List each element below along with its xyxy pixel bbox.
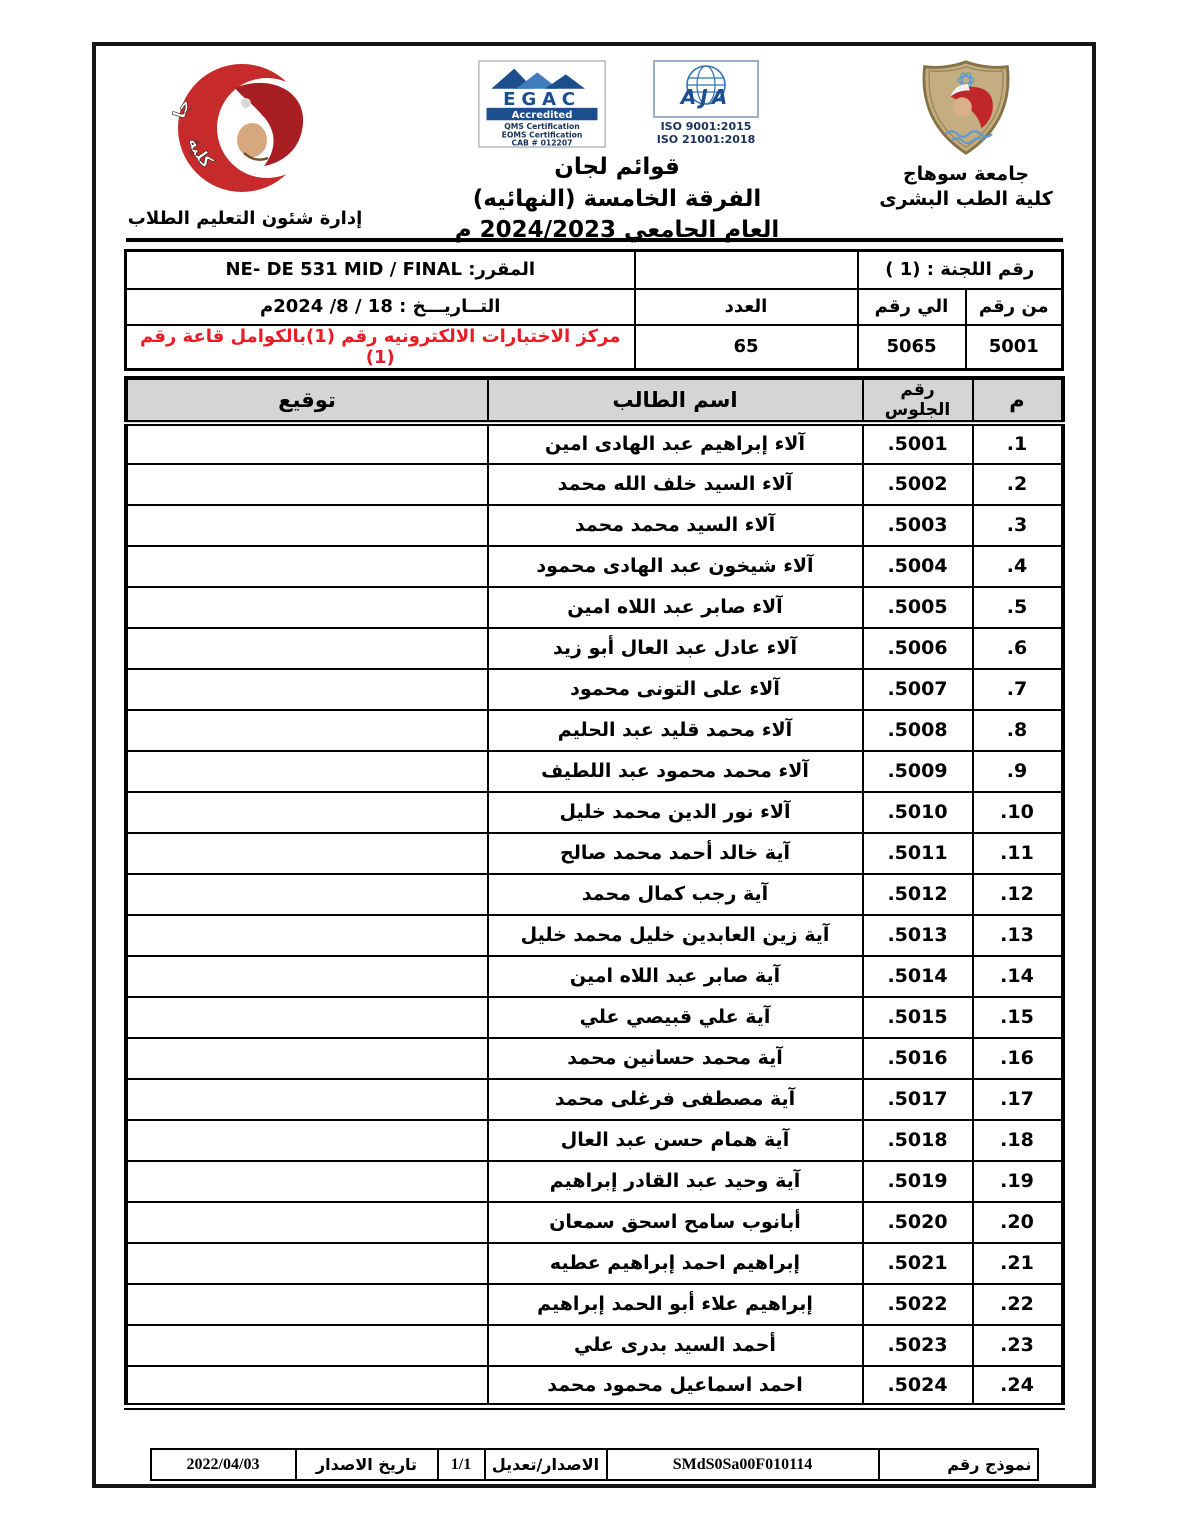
table-row: .1.5001آلاء إبراهيم عبد الهادى امين: [126, 423, 1063, 464]
student-name-cell: احمد اسماعيل محمود محمد: [488, 1366, 863, 1407]
seat-number-cell: .5024: [863, 1366, 973, 1407]
student-name-cell: آلاء صابر عبد اللاه امين: [488, 587, 863, 628]
student-name-cell: آلاء إبراهيم عبد الهادى امين: [488, 423, 863, 464]
student-name-cell: آلاء نور الدين محمد خليل: [488, 792, 863, 833]
signature-cell: [126, 1202, 488, 1243]
list-header-row: م رقم الجلوس اسم الطالب توقيع: [126, 378, 1063, 423]
row-index-cell: .14: [973, 956, 1063, 997]
seat-number-cell: .5021: [863, 1243, 973, 1284]
seat-number-cell: .5013: [863, 915, 973, 956]
student-name-cell: إبراهيم علاء أبو الحمد إبراهيم: [488, 1284, 863, 1325]
table-row: .14.5014آية صابر عبد اللاه امين: [126, 956, 1063, 997]
accreditation-logos: EGAC Accredited QMS Certification EOMS C…: [394, 60, 840, 148]
row-index-cell: .9: [973, 751, 1063, 792]
signature-cell: [126, 628, 488, 669]
row-index-cell: .24: [973, 1366, 1063, 1407]
document-titles: قوائم لجان الفرقة الخامسة (النهائيه) الع…: [394, 152, 840, 247]
student-name-cell: آية زين العابدين خليل محمد خليل: [488, 915, 863, 956]
row-index-cell: .4: [973, 546, 1063, 587]
table-row: .21.5021إبراهيم احمد إبراهيم عطيه: [126, 1243, 1063, 1284]
seat-number-cell: .5012: [863, 874, 973, 915]
row-index-cell: .2: [973, 464, 1063, 505]
document-page: جامعة سوهاج كلية الطب البشرى EGAC Accred…: [92, 42, 1096, 1488]
form-footer-table: نموذج رقم SMdS0Sa00F010114 الاصدار/تعديل…: [150, 1448, 1039, 1481]
committee-number-cell: رقم اللجنة : (1 ): [858, 251, 1063, 289]
seat-number-cell: .5017: [863, 1079, 973, 1120]
revision-value: 1/1: [438, 1449, 485, 1480]
signature-cell: [126, 587, 488, 628]
row-index-cell: .23: [973, 1325, 1063, 1366]
student-name-cell: أحمد السيد بدرى علي: [488, 1325, 863, 1366]
revision-label: الاصدار/تعديل: [485, 1449, 607, 1480]
signature-cell: [126, 546, 488, 587]
university-name: جامعة سوهاج: [840, 162, 1092, 187]
row-index-cell: .6: [973, 628, 1063, 669]
signature-cell: [126, 1120, 488, 1161]
aja-iso-line-1: ISO 9001:2015: [661, 120, 752, 133]
signature-cell: [126, 1284, 488, 1325]
seat-number-cell: .5002: [863, 464, 973, 505]
seat-number-cell: .5014: [863, 956, 973, 997]
department-name: إدارة شئون التعليم الطلاب: [96, 208, 394, 229]
title-block: EGAC Accredited QMS Certification EOMS C…: [394, 58, 840, 247]
egac-accredited-icon: EGAC Accredited QMS Certification EOMS C…: [475, 60, 609, 148]
page-header: جامعة سوهاج كلية الطب البشرى EGAC Accred…: [96, 46, 1092, 238]
table-row: .10.5010آلاء نور الدين محمد خليل: [126, 792, 1063, 833]
student-name-cell: آية خالد أحمد محمد صالح: [488, 833, 863, 874]
student-name-cell: آلاء محمد قليد عبد الحليم: [488, 710, 863, 751]
seat-number-cell: .5010: [863, 792, 973, 833]
table-row: .9.5009آلاء محمد محمود عبد اللطيف: [126, 751, 1063, 792]
row-index-cell: .20: [973, 1202, 1063, 1243]
student-name-cell: آية همام حسن عبد العال: [488, 1120, 863, 1161]
row-index-cell: .3: [973, 505, 1063, 546]
seat-number-cell: .5009: [863, 751, 973, 792]
row-index-cell: .7: [973, 669, 1063, 710]
table-row: .17.5017آية مصطفى فرغلى محمد: [126, 1079, 1063, 1120]
signature-cell: [126, 464, 488, 505]
seat-number-cell: .5018: [863, 1120, 973, 1161]
title-line-1: قوائم لجان: [394, 152, 840, 184]
table-row: .8.5008آلاء محمد قليد عبد الحليم: [126, 710, 1063, 751]
row-index-cell: .11: [973, 833, 1063, 874]
to-number-label: الي رقم: [858, 289, 966, 325]
seat-number-cell: .5005: [863, 587, 973, 628]
count-label: العدد: [635, 289, 858, 325]
table-row: .18.5018آية همام حسن عبد العال: [126, 1120, 1063, 1161]
exam-date-cell: التــاريـــخ : 18 / 8/ 2024م: [126, 289, 635, 325]
signature-cell: [126, 1161, 488, 1202]
student-name-cell: آية صابر عبد اللاه امين: [488, 956, 863, 997]
table-row: .23.5023أحمد السيد بدرى علي: [126, 1325, 1063, 1366]
student-name-cell: آلاء على التونى محمود: [488, 669, 863, 710]
signature-cell: [126, 751, 488, 792]
count-value: 65: [635, 325, 858, 370]
row-index-cell: .10: [973, 792, 1063, 833]
table-row: .5.5005آلاء صابر عبد اللاه امين: [126, 587, 1063, 628]
table-row: .24.5024احمد اسماعيل محمود محمد: [126, 1366, 1063, 1407]
row-index-cell: .17: [973, 1079, 1063, 1120]
student-name-cell: آية مصطفى فرغلى محمد: [488, 1079, 863, 1120]
to-number-value: 5065: [858, 325, 966, 370]
university-emblem-block: جامعة سوهاج كلية الطب البشرى: [840, 58, 1092, 212]
signature-cell: [126, 874, 488, 915]
seat-number-cell: .5008: [863, 710, 973, 751]
exam-location-note: مركز الاختبارات الالكترونيه رقم (1)بالكو…: [126, 325, 635, 370]
issue-date-label: تاريخ الاصدار: [296, 1449, 438, 1480]
row-index-cell: .1: [973, 423, 1063, 464]
seat-number-cell: .5023: [863, 1325, 973, 1366]
course-cell: المقرر: NE- DE 531 MID / FINAL: [126, 251, 635, 289]
egac-wordmark: EGAC: [503, 89, 581, 110]
signature-cell: [126, 1079, 488, 1120]
signature-cell: [126, 423, 488, 464]
form-code-value: SMdS0Sa00F010114: [607, 1449, 879, 1480]
table-row: .4.5004آلاء شيخون عبد الهادى محمود: [126, 546, 1063, 587]
student-name-cell: أبانوب سامح اسحق سمعان: [488, 1202, 863, 1243]
student-name-cell: آلاء السيد خلف الله محمد: [488, 464, 863, 505]
egac-cert-line-1: QMS Certification: [504, 122, 579, 131]
table-row: .6.5006آلاء عادل عبد العال أبو زيد: [126, 628, 1063, 669]
student-name-cell: آية وحيد عبد القادر إبراهيم: [488, 1161, 863, 1202]
signature-cell: [126, 792, 488, 833]
seat-number-cell: .5015: [863, 997, 973, 1038]
seat-number-cell: .5007: [863, 669, 973, 710]
row-index-cell: .16: [973, 1038, 1063, 1079]
table-row: .11.5011آية خالد أحمد محمد صالح: [126, 833, 1063, 874]
row-index-cell: .19: [973, 1161, 1063, 1202]
committee-info-table: رقم اللجنة : (1 ) المقرر: NE- DE 531 MID…: [124, 249, 1064, 371]
seat-number-cell: .5011: [863, 833, 973, 874]
signature-cell: [126, 915, 488, 956]
from-number-value: 5001: [966, 325, 1063, 370]
signature-cell: [126, 710, 488, 751]
row-index-cell: .13: [973, 915, 1063, 956]
aja-iso-line-2: ISO 21001:2018: [657, 133, 755, 146]
index-column-header: م: [973, 378, 1063, 423]
empty-cell: [635, 251, 858, 289]
table-row: .20.5020أبانوب سامح اسحق سمعان: [126, 1202, 1063, 1243]
faculty-name: كلية الطب البشرى: [840, 187, 1092, 212]
egac-accredited-label: Accredited: [512, 110, 573, 121]
student-list-table: م رقم الجلوس اسم الطالب توقيع .1.5001آلا…: [124, 376, 1065, 1411]
signature-cell: [126, 1325, 488, 1366]
student-name-cell: آلاء عادل عبد العال أبو زيد: [488, 628, 863, 669]
crescent-top-text: جامعة سوهاج: [147, 58, 196, 121]
student-name-cell: آلاء السيد محمد محمد: [488, 505, 863, 546]
seat-number-cell: .5022: [863, 1284, 973, 1325]
crescent-logo-block: جامعة سوهاج كلية الطب إدارة شئون التعليم…: [96, 58, 394, 229]
seat-number-cell: .5006: [863, 628, 973, 669]
student-name-cell: آلاء شيخون عبد الهادى محمود: [488, 546, 863, 587]
table-row: .15.5015آية علي قبيصي علي: [126, 997, 1063, 1038]
table-row: .7.5007آلاء على التونى محمود: [126, 669, 1063, 710]
row-index-cell: .22: [973, 1284, 1063, 1325]
aja-iso-icon: AJA ISO 9001:2015 ISO 21001:2018: [653, 60, 759, 146]
seat-number-cell: .5001: [863, 423, 973, 464]
egac-cert-line-3: CAB # 012207: [512, 139, 573, 148]
row-index-cell: .21: [973, 1243, 1063, 1284]
form-number-label: نموذج رقم: [879, 1449, 1038, 1480]
issue-date-value: 2022/04/03: [151, 1449, 296, 1480]
signature-cell: [126, 1243, 488, 1284]
student-name-cell: إبراهيم احمد إبراهيم عطيه: [488, 1243, 863, 1284]
signature-cell: [126, 833, 488, 874]
table-row: .22.5022إبراهيم علاء أبو الحمد إبراهيم: [126, 1284, 1063, 1325]
signature-cell: [126, 1366, 488, 1407]
row-index-cell: .12: [973, 874, 1063, 915]
signature-column-header: توقيع: [126, 378, 488, 423]
table-row: .2.5002آلاء السيد خلف الله محمد: [126, 464, 1063, 505]
seat-number-cell: .5016: [863, 1038, 973, 1079]
seat-number-cell: .5019: [863, 1161, 973, 1202]
red-crescent-logo-icon: جامعة سوهاج كلية الطب: [147, 58, 343, 204]
table-row: .19.5019آية وحيد عبد القادر إبراهيم: [126, 1161, 1063, 1202]
student-name-cell: آية محمد حسانين محمد: [488, 1038, 863, 1079]
table-row: .16.5016آية محمد حسانين محمد: [126, 1038, 1063, 1079]
row-index-cell: .5: [973, 587, 1063, 628]
aja-wordmark: AJA: [679, 85, 731, 109]
signature-cell: [126, 997, 488, 1038]
table-row: .13.5013آية زين العابدين خليل محمد خليل: [126, 915, 1063, 956]
title-line-2: الفرقة الخامسة (النهائيه): [394, 184, 840, 216]
name-column-header: اسم الطالب: [488, 378, 863, 423]
signature-cell: [126, 1038, 488, 1079]
student-name-cell: آلاء محمد محمود عبد اللطيف: [488, 751, 863, 792]
seat-number-cell: .5004: [863, 546, 973, 587]
faculty-shield-icon: [907, 58, 1025, 158]
signature-cell: [126, 669, 488, 710]
row-index-cell: .8: [973, 710, 1063, 751]
row-index-cell: .15: [973, 997, 1063, 1038]
student-rows: .1.5001آلاء إبراهيم عبد الهادى امين.2.50…: [126, 423, 1063, 1407]
row-index-cell: .18: [973, 1120, 1063, 1161]
student-name-cell: آية رجب كمال محمد: [488, 874, 863, 915]
table-row: .12.5012آية رجب كمال محمد: [126, 874, 1063, 915]
seat-column-header: رقم الجلوس: [863, 378, 973, 423]
seat-number-cell: .5020: [863, 1202, 973, 1243]
svg-text:جامعة سوهاج: جامعة سوهاج: [147, 58, 196, 121]
student-name-cell: آية علي قبيصي علي: [488, 997, 863, 1038]
table-row: .3.5003آلاء السيد محمد محمد: [126, 505, 1063, 546]
signature-cell: [126, 505, 488, 546]
from-number-label: من رقم: [966, 289, 1063, 325]
signature-cell: [126, 956, 488, 997]
title-line-3: العام الجامعي 2024/2023 م: [394, 215, 840, 247]
seat-number-cell: .5003: [863, 505, 973, 546]
